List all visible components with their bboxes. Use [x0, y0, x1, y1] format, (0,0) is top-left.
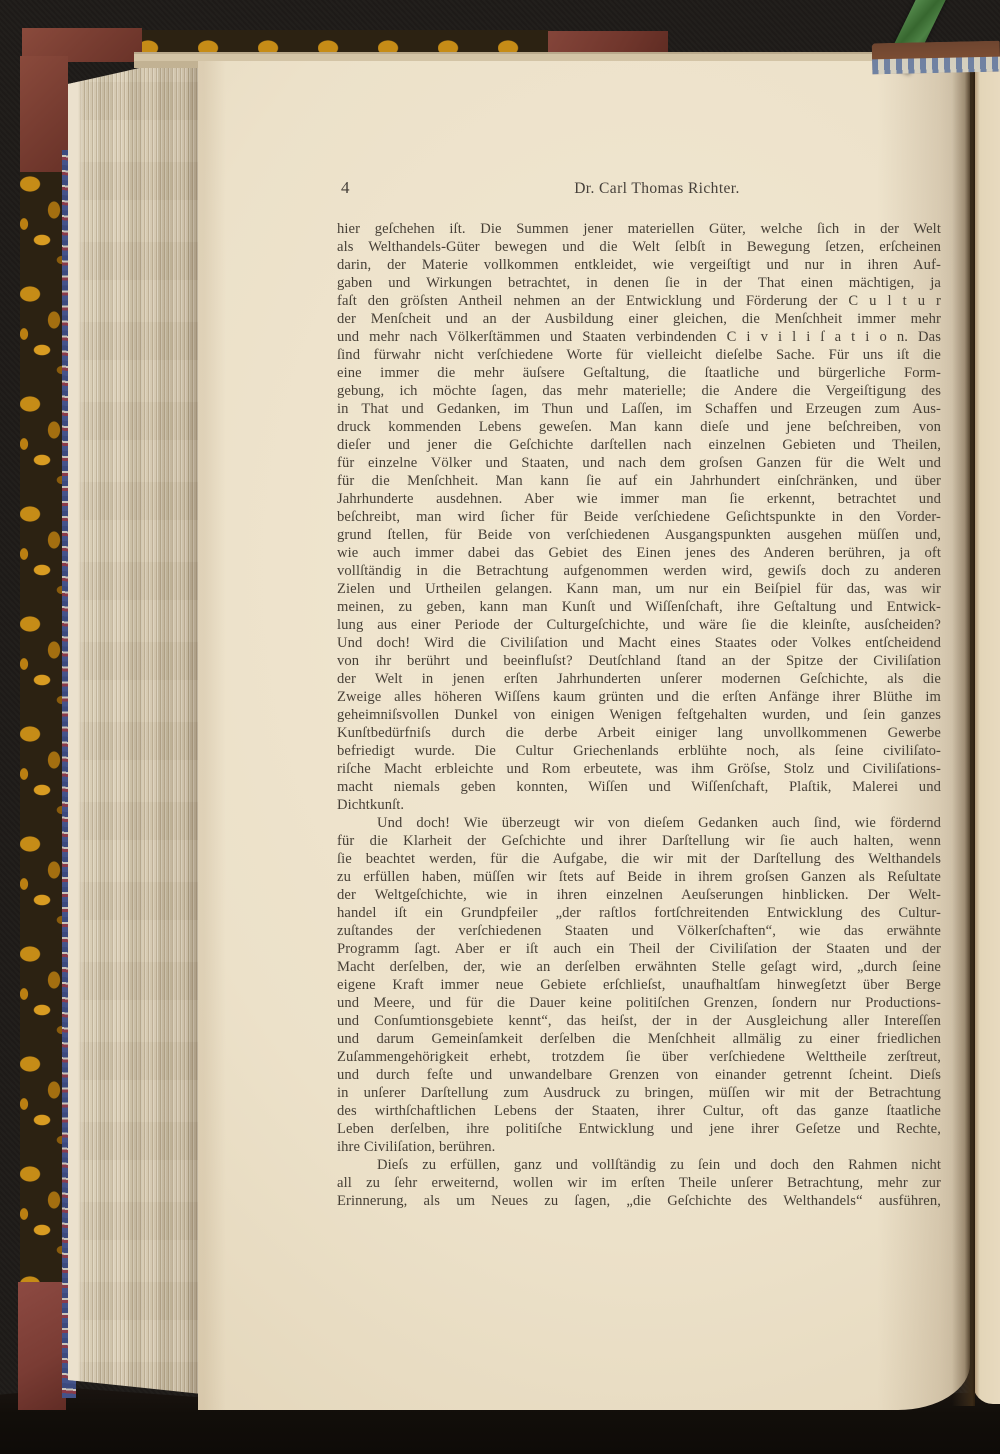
- text-line: riſche Macht erbleichte und Rom erbeutet…: [337, 760, 941, 778]
- text-line: Zweige alles höheren Wiſſens kaum grünte…: [337, 688, 941, 706]
- leather-corner-top-vertical: [20, 56, 68, 172]
- text-line: hier geſchehen iſt. Die Summen jener mat…: [337, 220, 941, 238]
- text-line: faſt den gröſsten Antheil nehmen an der …: [337, 292, 941, 310]
- text-line: und Conſumtionsgebiete kennt“, das heiſs…: [337, 1012, 941, 1030]
- text-line: befriedigt wurde. Die Cultur Griechenlan…: [337, 742, 941, 760]
- text-line: zuſtandes der verſchiedenen Staaten und …: [337, 922, 941, 940]
- text-line: geheimniſsvollen Dunkel von einigen Weni…: [337, 706, 941, 724]
- text-line: und mehr nach Völkerſtämmen und Staaten …: [337, 328, 941, 346]
- book-page: 4 Dr. Carl Thomas Richter. hier geſchehe…: [198, 61, 970, 1410]
- text-line: Zielen und Urtheilen gelangen. Kann man,…: [337, 580, 941, 598]
- text-line: als Welthandels-Güter bewegen und die We…: [337, 238, 941, 256]
- text-line: und darum Gemeinſamkeit derſelben die Me…: [337, 1030, 941, 1048]
- text-line: Dichtkunſt.: [337, 796, 941, 814]
- text-line: der Weltgeſchichte, wie in ihren einzeln…: [337, 886, 941, 904]
- text-line: eine immer die mehr äuſsere Geſtaltung, …: [337, 364, 941, 382]
- text-line: dieſer und jener die Geſchichte darſtell…: [337, 436, 941, 454]
- text-line: lung aus einer Periode der Culturgeſchic…: [337, 616, 941, 634]
- text-line: für einzelne Völker und Staaten, und nac…: [337, 454, 941, 472]
- text-line: gaben und Wirkungen betrachtet, in denen…: [337, 274, 941, 292]
- leather-corner-bottom: [18, 1282, 66, 1410]
- text-line: Jahrhunderte ausdehnen. Aber wie immer m…: [337, 490, 941, 508]
- text-line: Kunſtbedürfniſs durch die derbe Arbeit e…: [337, 724, 941, 742]
- text-line: handel iſt ein Grundpfeiler „der raſtlos…: [337, 904, 941, 922]
- text-line: in That und Gedanken, im Thun und Laſſen…: [337, 400, 941, 418]
- text-line: Zuſammengehörigkeit erhebt, trotzdem ſie…: [337, 1048, 941, 1066]
- book-scan: 4 Dr. Carl Thomas Richter. hier geſchehe…: [0, 0, 1000, 1454]
- text-line: der Welt in jenen erſten Jahrhunderten u…: [337, 670, 941, 688]
- text-line: vollſtändig in die Betrachtung aufgenomm…: [337, 562, 941, 580]
- text-line: für die Klarheit der Geſchichte und ihre…: [337, 832, 941, 850]
- text-line: Macht derſelben, der, wie an derſelben e…: [337, 958, 941, 976]
- text-line: Dieſs zu erfüllen, ganz und vollſtändig …: [337, 1156, 941, 1174]
- text-line: zu erfüllen haben, müſſen wir ſtets auf …: [337, 868, 941, 886]
- text-line: von ihr berührt und beeinfluſst? Deutſch…: [337, 652, 941, 670]
- gutter-crease: [952, 62, 975, 1406]
- text-line: für die Menſchheit. Man kann ſie auf ein…: [337, 472, 941, 490]
- text-line: Und doch! Wie überzeugt wir von dieſem G…: [337, 814, 941, 832]
- text-line: meinen, zu geben, kann man Kunſt und Wiſ…: [337, 598, 941, 616]
- marbled-cover-left-edge: [20, 56, 68, 1288]
- text-line: Programm ſagt. Aber er iſt auch ein Thei…: [337, 940, 941, 958]
- headband: [872, 41, 1000, 75]
- running-title: Dr. Carl Thomas Richter.: [574, 180, 740, 198]
- text-line: ihre Civiliſation, berühren.: [337, 1138, 941, 1156]
- text-line: der Menſcheit und an der Ausbildung eine…: [337, 310, 941, 328]
- page-header: 4 Dr. Carl Thomas Richter.: [337, 178, 941, 200]
- text-line: eigene Kraft immer neue Gebiete erſchlie…: [337, 976, 941, 994]
- text-line: ſie beachtet werden, für die Aufgabe, di…: [337, 850, 941, 868]
- text-line: und Meere, und für die Dauer keine polit…: [337, 994, 941, 1012]
- page-number: 4: [341, 178, 350, 198]
- text-line: ſind fürwahr nicht verſchiedene Worte fü…: [337, 346, 941, 364]
- text-line: in unſerer Darſtellung zum Ausdruck zu b…: [337, 1084, 941, 1102]
- text-line: Erinnerung, als um Neues zu ſagen, „die …: [337, 1192, 941, 1210]
- text-line: darin, der Materie vollkommen entkleidet…: [337, 256, 941, 274]
- text-line: Und doch! Wird die Civiliſation und Mach…: [337, 634, 941, 652]
- facing-page-sliver: [973, 66, 1000, 1404]
- text-line: all zu ſehr erweiternd, wollen wir im er…: [337, 1174, 941, 1192]
- text-line: des wirthſchaftlichen Lebens der Staaten…: [337, 1102, 941, 1120]
- page-body: hier geſchehen iſt. Die Summen jener mat…: [337, 220, 941, 1210]
- text-line: beſchreibt, man wird ſicher für Beide ve…: [337, 508, 941, 526]
- text-line: wie auch immer dabei das Gebiet des Eine…: [337, 544, 941, 562]
- text-line: druck kommenden Lebens geweſen. Man kann…: [337, 418, 941, 436]
- page-fore-edge-stack: [68, 54, 202, 1400]
- text-line: grund ſtellen, für Beide von verſchieden…: [337, 526, 941, 544]
- text-line: und durch feſte und unwandelbare Grenzen…: [337, 1066, 941, 1084]
- text-line: Leben derſelben, ihre politiſche Entwick…: [337, 1120, 941, 1138]
- text-line: macht niemals geben konnten, Wiſſen und …: [337, 778, 941, 796]
- text-line: gebung, ich möchte ſagen, das mehr mater…: [337, 382, 941, 400]
